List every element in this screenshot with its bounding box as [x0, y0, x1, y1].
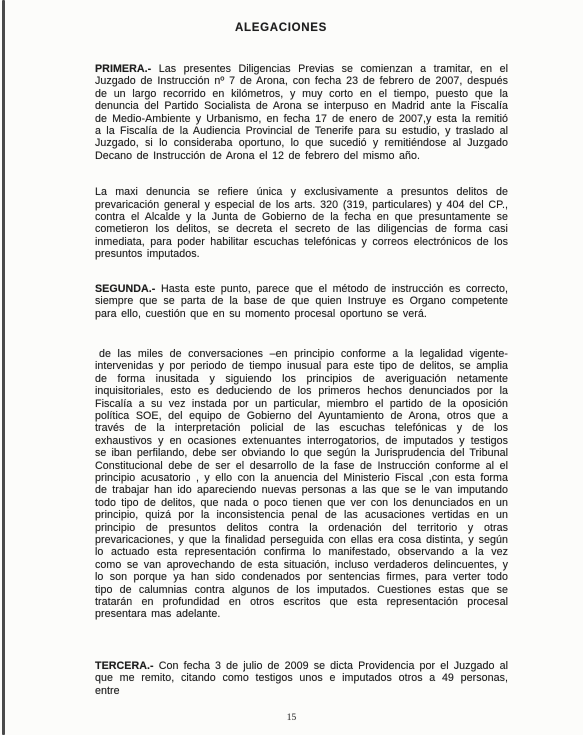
paragraph-conversaciones: de las miles de conversaciones –en princ… [95, 348, 508, 621]
page-title: ALEGACIONES [70, 0, 492, 34]
paragraph-primera-text: Las presentes Diligencias Previas se com… [95, 63, 508, 162]
scanned-document-page: ALEGACIONES PRIMERA.- Las presentes Dili… [0, 0, 583, 735]
page-number: 15 [0, 713, 583, 723]
paragraph-segunda: SEGUNDA.- Hasta este punto, parece que e… [95, 283, 508, 320]
paragraph-segunda-lead: SEGUNDA.- [95, 283, 161, 295]
paragraph-tercera: TERCERA.- Con fecha 3 de julio de 2009 s… [95, 660, 508, 697]
paragraph-conversaciones-text: de las miles de conversaciones –en princ… [95, 348, 508, 621]
document-body: PRIMERA.- Las presentes Diligencias Prev… [95, 63, 508, 697]
paragraph-primera: PRIMERA.- Las presentes Diligencias Prev… [95, 63, 508, 162]
paragraph-tercera-lead: TERCERA.- [95, 660, 159, 672]
paragraph-primera-lead: PRIMERA.- [95, 63, 159, 75]
paragraph-maxi-denuncia: La maxi denuncia se refiere única y excl… [95, 186, 508, 260]
scan-edge-artifact [2, 0, 5, 735]
paragraph-maxi-denuncia-text: La maxi denuncia se refiere única y excl… [95, 186, 508, 260]
